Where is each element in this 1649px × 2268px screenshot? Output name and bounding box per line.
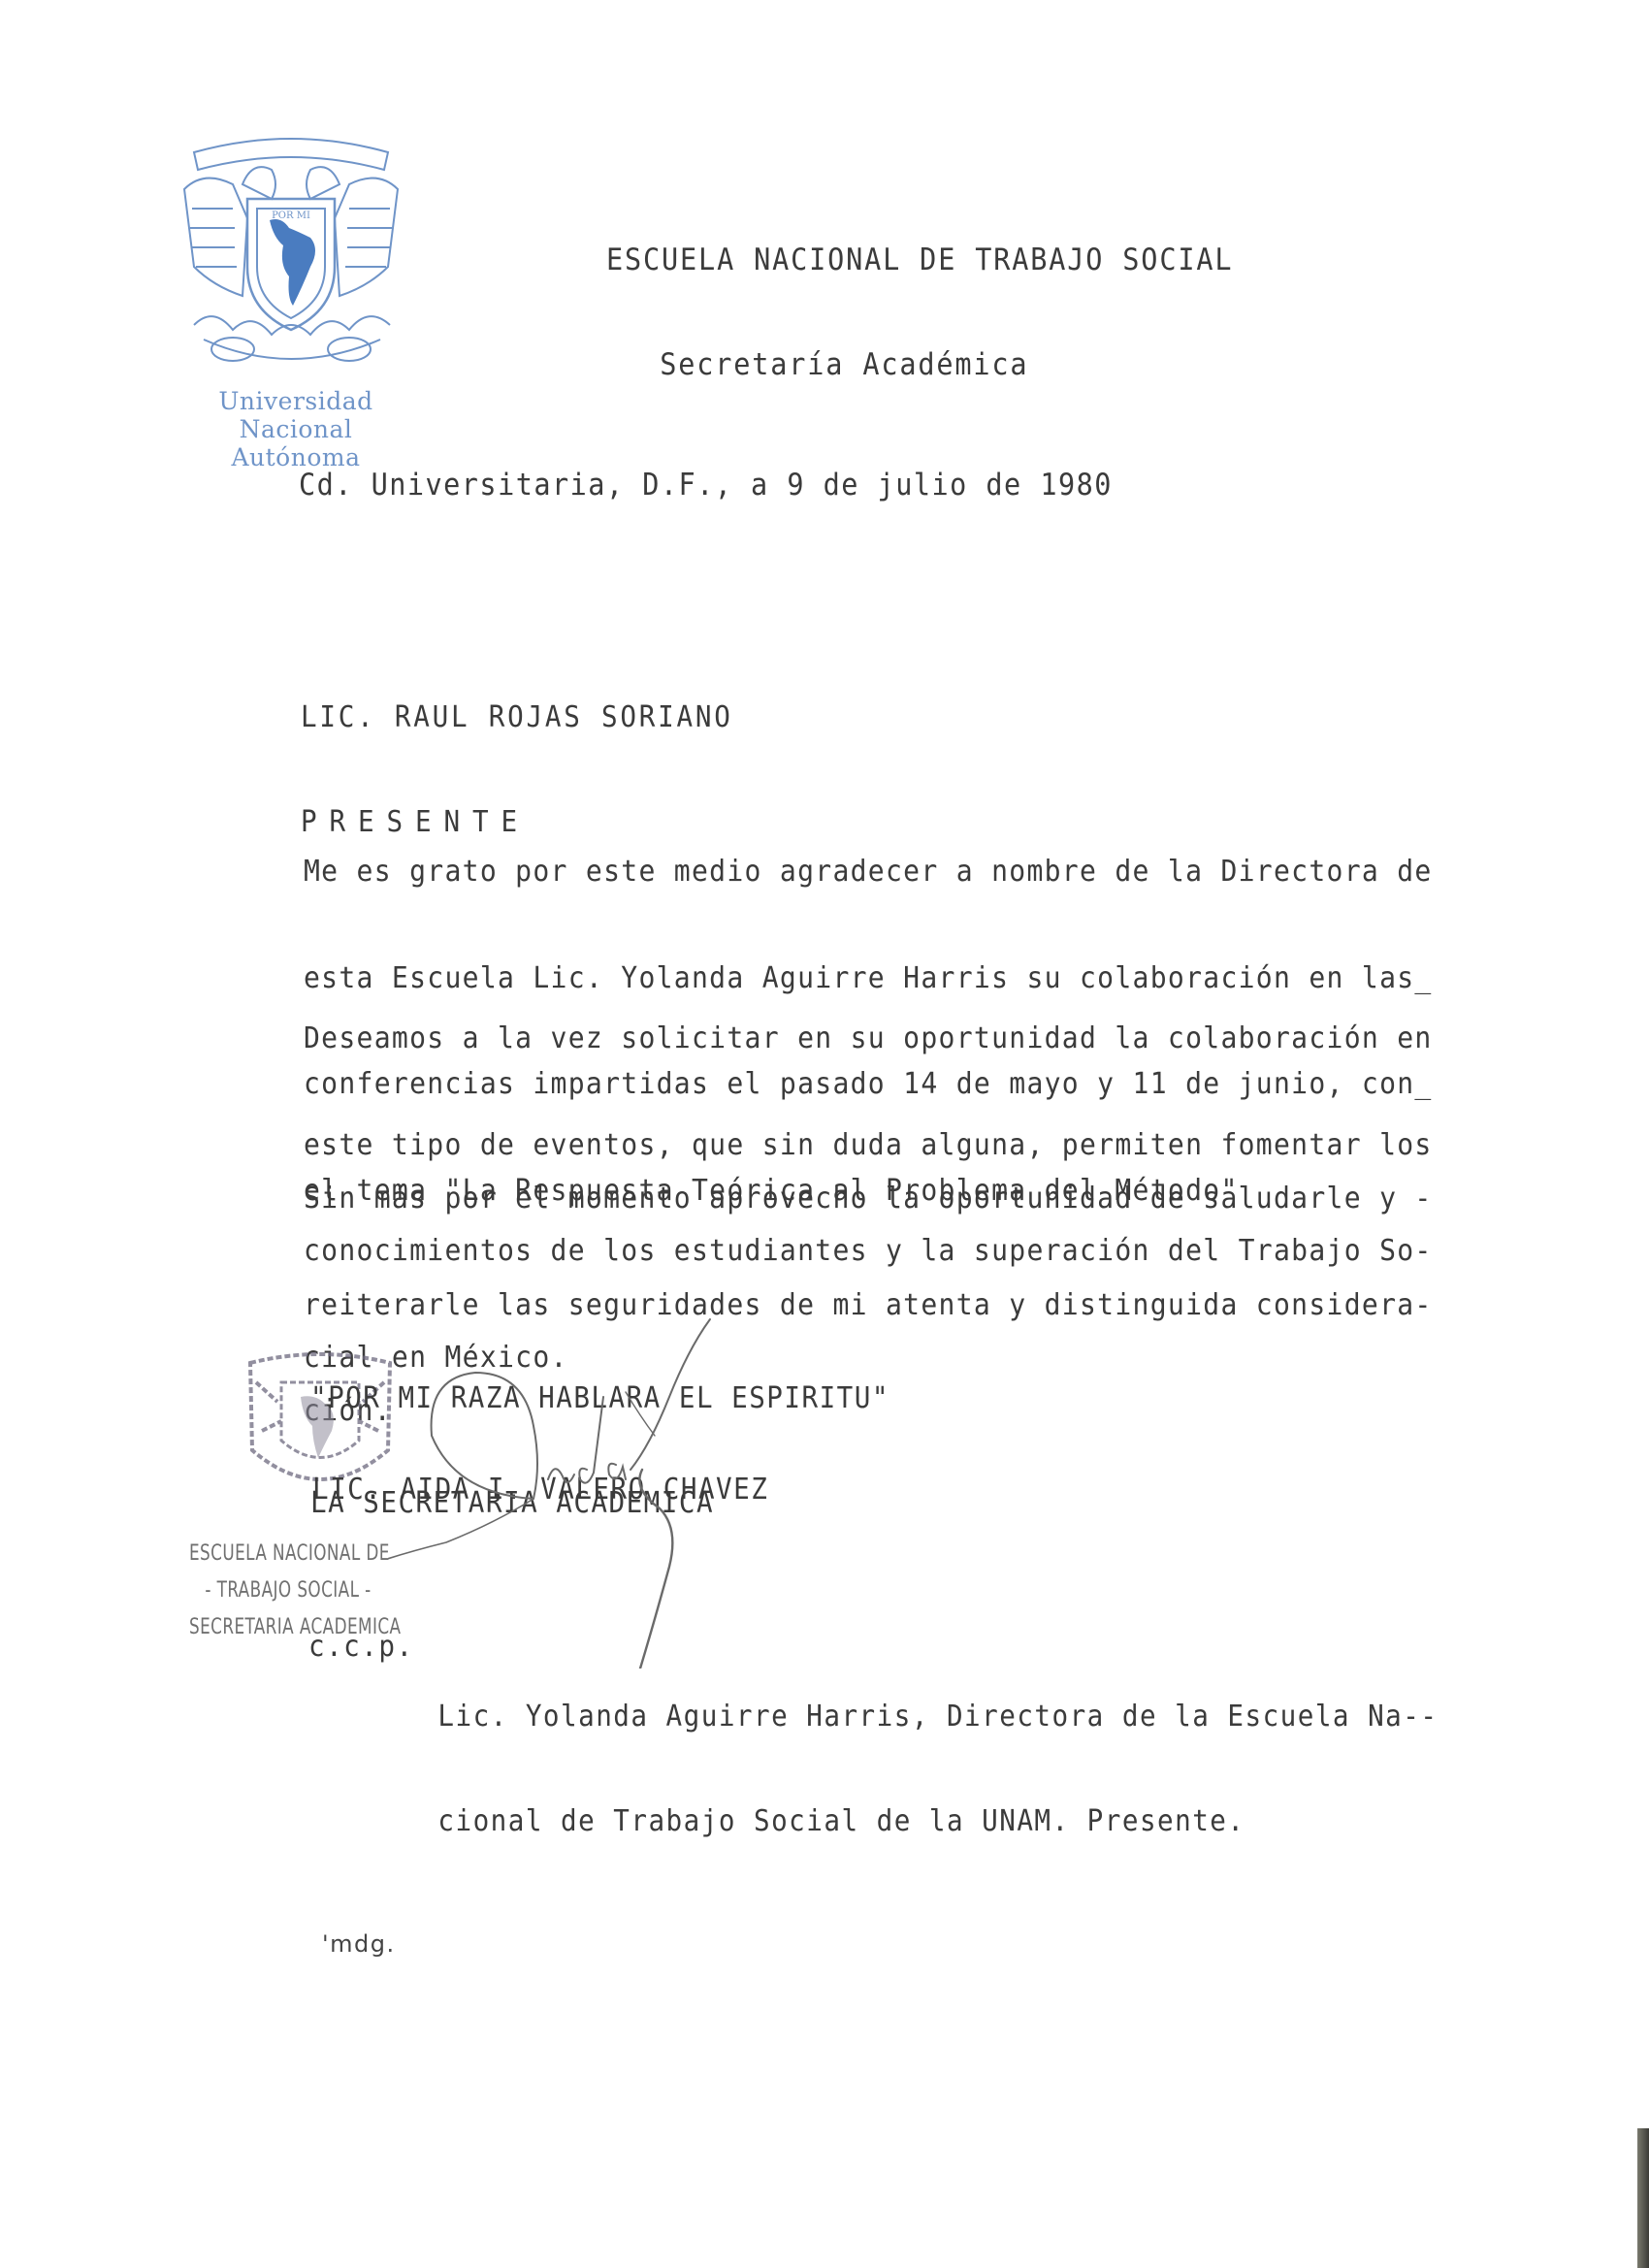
stamp-line-1: ESCUELA NACIONAL DE xyxy=(189,1536,401,1572)
letterhead-header: ESCUELA NACIONAL DE TRABAJO SOCIAL Secre… xyxy=(606,173,1233,417)
carbon-copy-block: c.c.p. Lic. Yolanda Aguirre Harris, Dire… xyxy=(308,1630,343,1734)
paragraph-line: Deseamos a la vez solicitar en su oportu… xyxy=(304,1021,1433,1057)
department-name: Secretaría Académica xyxy=(606,347,1233,382)
letterhead-logo: POR MI Universidad Nacional Autónoma xyxy=(175,131,417,446)
svg-text:POR MI: POR MI xyxy=(272,211,310,221)
scan-edge-mark xyxy=(1637,2128,1649,2268)
paragraph-line: Sin más por el momento aprovecho la opor… xyxy=(304,1182,1433,1217)
paragraph-line: Me es grato por este medio agradecer a n… xyxy=(304,855,1433,891)
handwritten-signature xyxy=(388,1300,795,1669)
cc-line: cional de Trabajo Social de la UNAM. Pre… xyxy=(437,1804,1438,1839)
logo-caption-line1: Universidad Nacional xyxy=(175,387,417,443)
institution-name: ESCUELA NACIONAL DE TRABAJO SOCIAL xyxy=(606,243,1233,277)
dateline: Cd. Universitaria, D.F., a 9 de julio de… xyxy=(299,468,1113,502)
typist-initials: 'mdg. xyxy=(322,1930,396,1958)
unam-coat-of-arms-icon: POR MI xyxy=(175,131,407,383)
addressee-name: LIC. RAUL ROJAS SORIANO xyxy=(301,700,733,735)
handwritten-signature-icon xyxy=(388,1300,795,1669)
stamp-line-2: - TRABAJO SOCIAL - xyxy=(189,1572,387,1609)
cc-line: Lic. Yolanda Aguirre Harris, Directora d… xyxy=(437,1700,1438,1734)
cc-label: c.c.p. xyxy=(308,1630,414,1665)
